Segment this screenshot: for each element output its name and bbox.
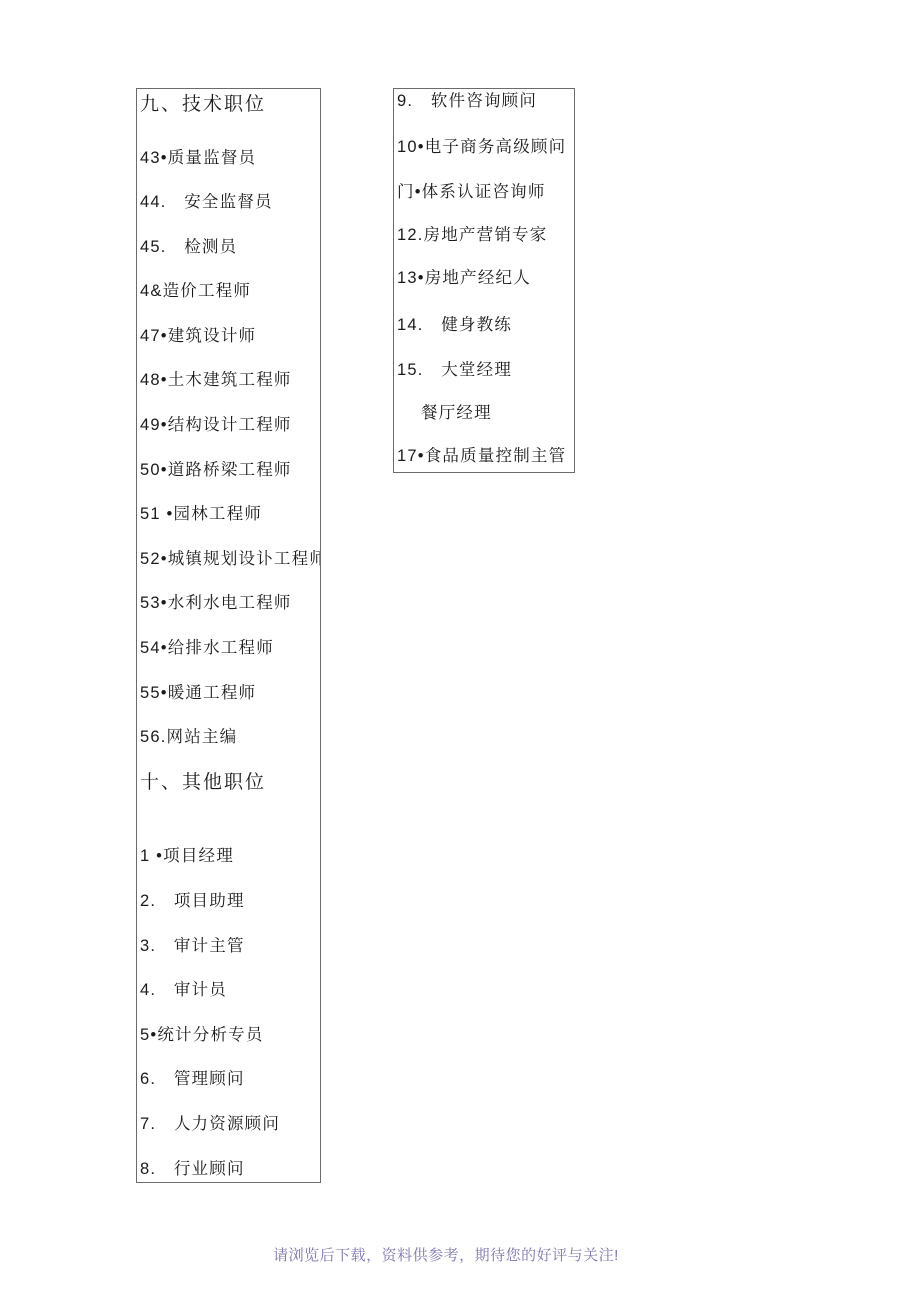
list-item: 8. 行业顾问 [137,1159,320,1180]
list-item: 9. 软件咨询顾问 [394,91,574,112]
list-item: 53•水利水电工程师 [137,593,320,614]
list-item: 10•电子商务高级顾问 [394,137,574,158]
section-heading-other: 十、其他职位 [137,771,320,795]
list-item: 5•统计分析专员 [137,1025,320,1046]
list-item: 3. 审计主管 [137,936,320,957]
list-item: 54•给排水工程师 [137,638,320,659]
list-item-indented: 餐厅经理 [394,403,574,424]
section-heading-tech: 九、技术职位 [137,93,320,117]
download-promo-footer: 请浏览后下载，资料供参考，期待您的好评与关注! [0,1244,892,1265]
list-item: 13•房地产经纪人 [394,268,574,289]
list-item: 47•建筑设计师 [137,326,320,347]
job-list-box-left: 九、技术职位 43•质量监督员 44. 安全监督员 45. 检测员 4&造价工程… [136,88,321,1183]
list-item: 6. 管理顾问 [137,1069,320,1090]
list-item: 50•道路桥梁工程师 [137,460,320,481]
list-item: 4&造价工程师 [137,281,320,302]
job-list-box-right: 9. 软件咨询顾问 10•电子商务高级顾问 门•体系认证咨询师 12.房地产营销… [393,88,575,473]
list-item: 14. 健身教练 [394,315,574,336]
list-item: 49•结构设计工程师 [137,415,320,436]
list-item: 17•食品质量控制主管 [394,446,574,467]
list-item: 门•体系认证咨询师 [394,182,574,203]
list-item: 44. 安全监督员 [137,192,320,213]
list-item: 12.房地产营销专家 [394,225,574,246]
list-item: 56.网站主编 [137,727,320,748]
list-item: 48•土木建筑工程师 [137,370,320,391]
list-item: 51 •园林工程师 [137,504,320,525]
list-item: 45. 检测员 [137,237,320,258]
list-item: 52•城镇规划设讣工程师 [137,549,320,570]
list-item: 15. 大堂经理 [394,360,574,381]
list-item: 2. 项目助理 [137,891,320,912]
list-item: 55•暖通工程师 [137,683,320,704]
list-item: 7. 人力资源顾问 [137,1114,320,1135]
list-item: 1 •项目经理 [137,846,320,867]
list-item: 4. 审计员 [137,980,320,1001]
list-item: 43•质量监督员 [137,148,320,169]
